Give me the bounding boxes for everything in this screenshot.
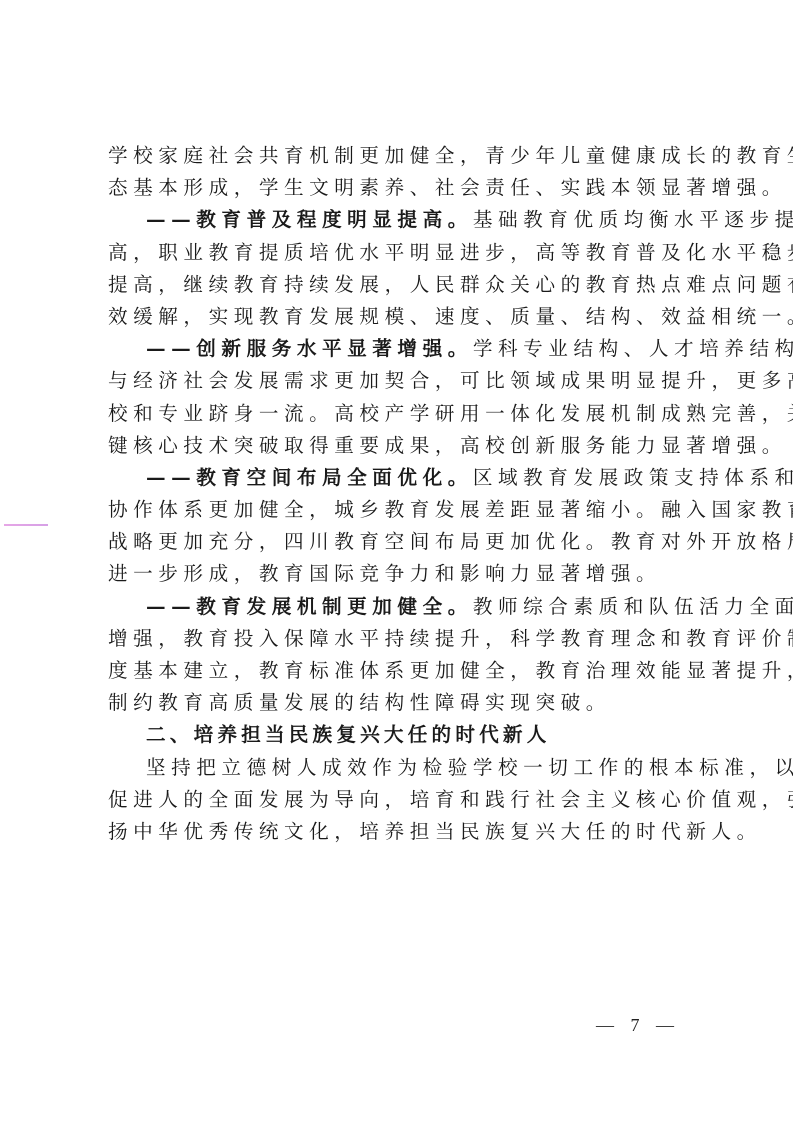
bold-lead: ——教育发展机制更加健全。 [146, 595, 473, 618]
margin-mark [4, 524, 48, 526]
text-line: 效缓解，实现教育发展规模、速度、质量、结构、效益相统一。 [108, 301, 686, 333]
paragraph-goal-development-mechanism: ——教育发展机制更加健全。教师综合素质和队伍活力全面 增强，教育投入保障水平持续… [108, 591, 686, 720]
text-line: 制约教育高质量发展的结构性障碍实现突破。 [108, 687, 686, 719]
text-line: 态基本形成，学生文明素养、社会责任、实践本领显著增强。 [108, 172, 686, 204]
text-span: 教师综合素质和队伍活力全面 [473, 595, 793, 618]
text-line: 校和专业跻身一流。高校产学研用一体化发展机制成熟完善，关 [108, 398, 686, 430]
text-line: 度基本建立，教育标准体系更加健全，教育治理效能显著提升， [108, 655, 686, 687]
bold-lead: ——教育空间布局全面优化。 [146, 466, 473, 489]
text-line: 与经济社会发展需求更加契合，可比领域成果明显提升，更多高 [108, 365, 686, 397]
text-line: ——教育空间布局全面优化。区域教育发展政策支持体系和 [108, 462, 686, 494]
paragraph-goal-innovation-service: ——创新服务水平显著增强。学科专业结构、人才培养结构 与经济社会发展需求更加契合… [108, 333, 686, 462]
text-span: 学科专业结构、人才培养结构 [473, 337, 793, 360]
page-number: — 7 — [596, 1015, 680, 1036]
paragraph-goal-education-popularization: ——教育普及程度明显提高。基础教育优质均衡水平逐步提 高，职业教育提质培优水平明… [108, 204, 686, 333]
paragraph-continuation: 学校家庭社会共育机制更加健全，青少年儿童健康成长的教育生 态基本形成，学生文明素… [108, 140, 686, 204]
text-line: 键核心技术突破取得重要成果，高校创新服务能力显著增强。 [108, 430, 686, 462]
document-page: 学校家庭社会共育机制更加健全，青少年儿童健康成长的教育生 态基本形成，学生文明素… [0, 0, 793, 1122]
bold-lead: ——教育普及程度明显提高。 [146, 208, 473, 231]
text-line: 增强，教育投入保障水平持续提升，科学教育理念和教育评价制 [108, 623, 686, 655]
text-line: 扬中华优秀传统文化，培养担当民族复兴大任的时代新人。 [108, 816, 686, 848]
text-span: 基础教育优质均衡水平逐步提 [473, 208, 793, 231]
text-line: ——教育发展机制更加健全。教师综合素质和队伍活力全面 [108, 591, 686, 623]
paragraph-body: 坚持把立德树人成效作为检验学校一切工作的根本标准，以 促进人的全面发展为导向，培… [108, 752, 686, 849]
text-line: 高，职业教育提质培优水平明显进步，高等教育普及化水平稳步 [108, 237, 686, 269]
text-line: 战略更加充分，四川教育空间布局更加优化。教育对外开放格局 [108, 526, 686, 558]
text-line: 协作体系更加健全，城乡教育发展差距显著缩小。融入国家教育 [108, 494, 686, 526]
text-line: 坚持把立德树人成效作为检验学校一切工作的根本标准，以 [108, 752, 686, 784]
bold-lead: ——创新服务水平显著增强。 [146, 337, 473, 360]
text-line: ——教育普及程度明显提高。基础教育优质均衡水平逐步提 [108, 204, 686, 236]
document-body: 学校家庭社会共育机制更加健全，青少年儿童健康成长的教育生 态基本形成，学生文明素… [108, 140, 686, 848]
text-span: 区域教育发展政策支持体系和 [473, 466, 793, 489]
text-line: 提高，继续教育持续发展，人民群众关心的教育热点难点问题有 [108, 269, 686, 301]
section-heading: 二、培养担当民族复兴大任的时代新人 [108, 719, 686, 751]
text-line: ——创新服务水平显著增强。学科专业结构、人才培养结构 [108, 333, 686, 365]
text-line: 促进人的全面发展为导向，培育和践行社会主义核心价值观，弘 [108, 784, 686, 816]
text-line: 进一步形成，教育国际竞争力和影响力显著增强。 [108, 558, 686, 590]
text-line: 学校家庭社会共育机制更加健全，青少年儿童健康成长的教育生 [108, 140, 686, 172]
paragraph-goal-spatial-layout: ——教育空间布局全面优化。区域教育发展政策支持体系和 协作体系更加健全，城乡教育… [108, 462, 686, 591]
